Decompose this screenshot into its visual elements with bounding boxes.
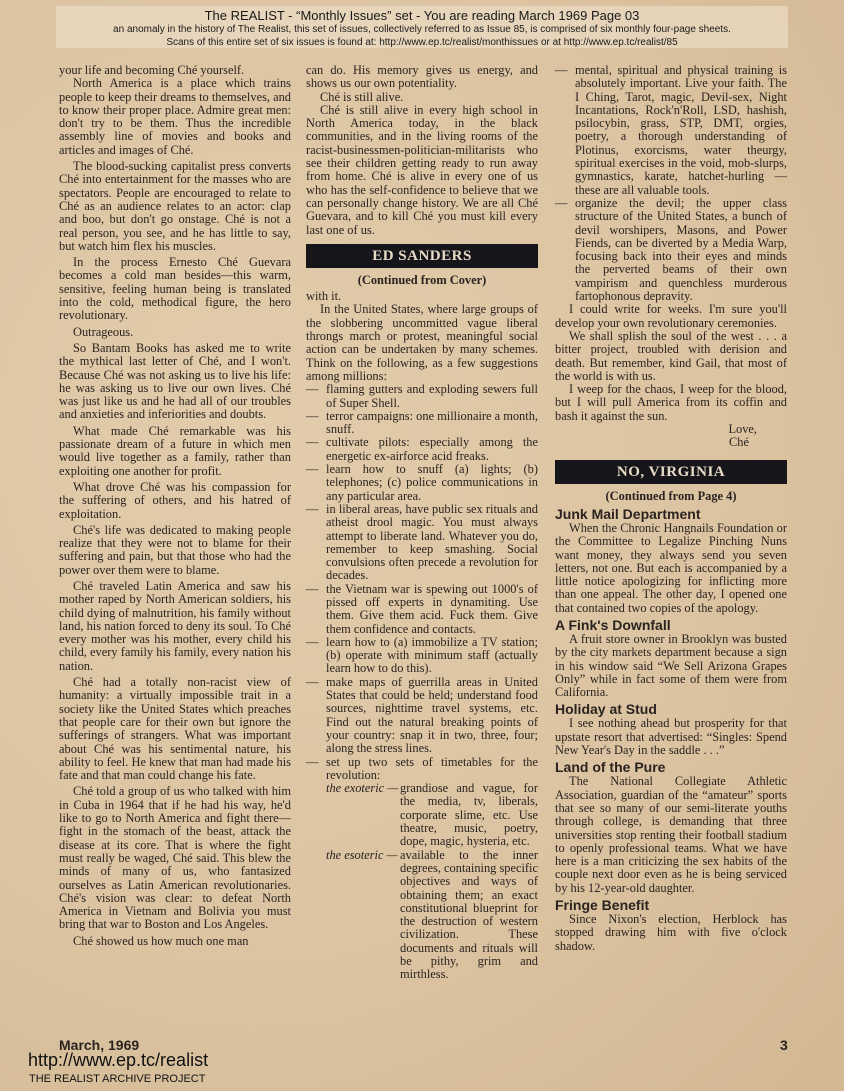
paragraph: In the process Ernesto Ché Guevara becom… [59,256,291,322]
timetable-text: available to the inner degrees, containi… [400,849,538,982]
column-3: mental, spiritual and physical training … [555,64,787,953]
paragraph: We shall splish the soul of the west . .… [555,330,787,383]
continued-note: (Continued from Cover) [306,274,538,287]
banner-links[interactable]: Scans of this entire set of six issues i… [56,36,788,49]
timetable-exoteric: the exoteric — grandiose and vague, for … [326,782,538,848]
list-item: flaming gutters and exploding sewers ful… [306,383,538,410]
paragraph: I could write for weeks. I'm sure you'll… [555,303,787,330]
story-text: The National Collegiate Athletic Associa… [555,775,787,895]
paragraph: your life and becoming Ché yourself. [59,64,291,77]
page-number: 3 [780,1037,788,1053]
suggestion-list: flaming gutters and exploding sewers ful… [306,383,538,782]
column-2: can do. His memory gives us energy, and … [306,64,538,982]
archive-url-link[interactable]: http://www.ep.tc/realist [28,1050,208,1071]
paragraph: I weep for the chaos, I weep for the blo… [555,383,787,423]
story-heading: Fringe Benefit [555,897,787,913]
paragraph: What drove Ché was his compassion for th… [59,481,291,521]
archive-banner: The REALIST - “Monthly Issues” set - You… [56,6,788,48]
paragraph: North America is a place which trains pe… [59,77,291,157]
list-item: set up two sets of timetables for the re… [306,756,538,783]
banner-title: The REALIST - “Monthly Issues” set - You… [56,8,788,23]
paragraph: What made Ché remarkable was his passion… [59,425,291,478]
story-heading: A Fink's Downfall [555,617,787,633]
paragraph: Ché's life was dedicated to making peopl… [59,524,291,577]
list-item: organize the devil; the upper class stru… [555,197,787,303]
paragraph: can do. His memory gives us energy, and … [306,64,538,91]
paragraph: Ché had a totally non-racist view of hum… [59,676,291,782]
list-item: the Vietnam war is spewing out 1000's of… [306,583,538,636]
paragraph: with it. [306,290,538,303]
timetable-label: the exoteric — [326,782,400,848]
story-heading: Junk Mail Department [555,506,787,522]
banner-description: an anomaly in the history of The Realist… [56,23,788,36]
closing: Love, [555,423,787,436]
timetable-label: the esoteric — [326,849,400,982]
list-item: cultivate pilots: especially among the e… [306,436,538,463]
column-1: your life and becoming Ché yourself. Nor… [59,64,291,948]
list-item: learn how to snuff (a) lights; (b) telep… [306,463,538,503]
section-header-ed-sanders: ED SANDERS [306,244,538,268]
list-item: learn how to (a) immobilize a TV station… [306,636,538,676]
paragraph: In the United States, where large groups… [306,303,538,383]
story-heading: Holiday at Stud [555,701,787,717]
list-item: in liberal areas, have public sex ritual… [306,503,538,583]
paragraph: The blood-sucking capitalist press conve… [59,160,291,253]
archive-project-label: THE REALIST ARCHIVE PROJECT [29,1073,205,1085]
suggestion-list-continued: mental, spiritual and physical training … [555,64,787,303]
timetable-esoteric: the esoteric — available to the inner de… [326,849,538,982]
paragraph: Ché is still alive. [306,91,538,104]
section-header-no-virginia: NO, VIRGINIA [555,460,787,484]
paragraph: Ché told a group of us who talked with h… [59,785,291,931]
paragraph: So Bantam Books has asked me to write th… [59,342,291,422]
paragraph: Outrageous. [59,326,291,339]
signature: Ché [555,436,787,449]
story-text: A fruit store owner in Brooklyn was bust… [555,633,787,699]
story-text: Since Nixon's election, Herblock has sto… [555,913,787,953]
list-item: make maps of guerrilla areas in United S… [306,676,538,756]
story-heading: Land of the Pure [555,759,787,775]
paragraph: Ché showed us how much one man [59,935,291,948]
paragraph: Ché traveled Latin America and saw his m… [59,580,291,673]
list-item: mental, spiritual and physical training … [555,64,787,197]
timetable-text: grandiose and vague, for the media, tv, … [400,782,538,848]
story-text: When the Chronic Hangnails Foundation or… [555,522,787,615]
list-item: terror campaigns: one millionaire a mont… [306,410,538,437]
continued-note: (Continued from Page 4) [555,490,787,503]
paragraph: Ché is still alive in every high school … [306,104,538,237]
story-text: I see nothing ahead but prosperity for t… [555,717,787,757]
